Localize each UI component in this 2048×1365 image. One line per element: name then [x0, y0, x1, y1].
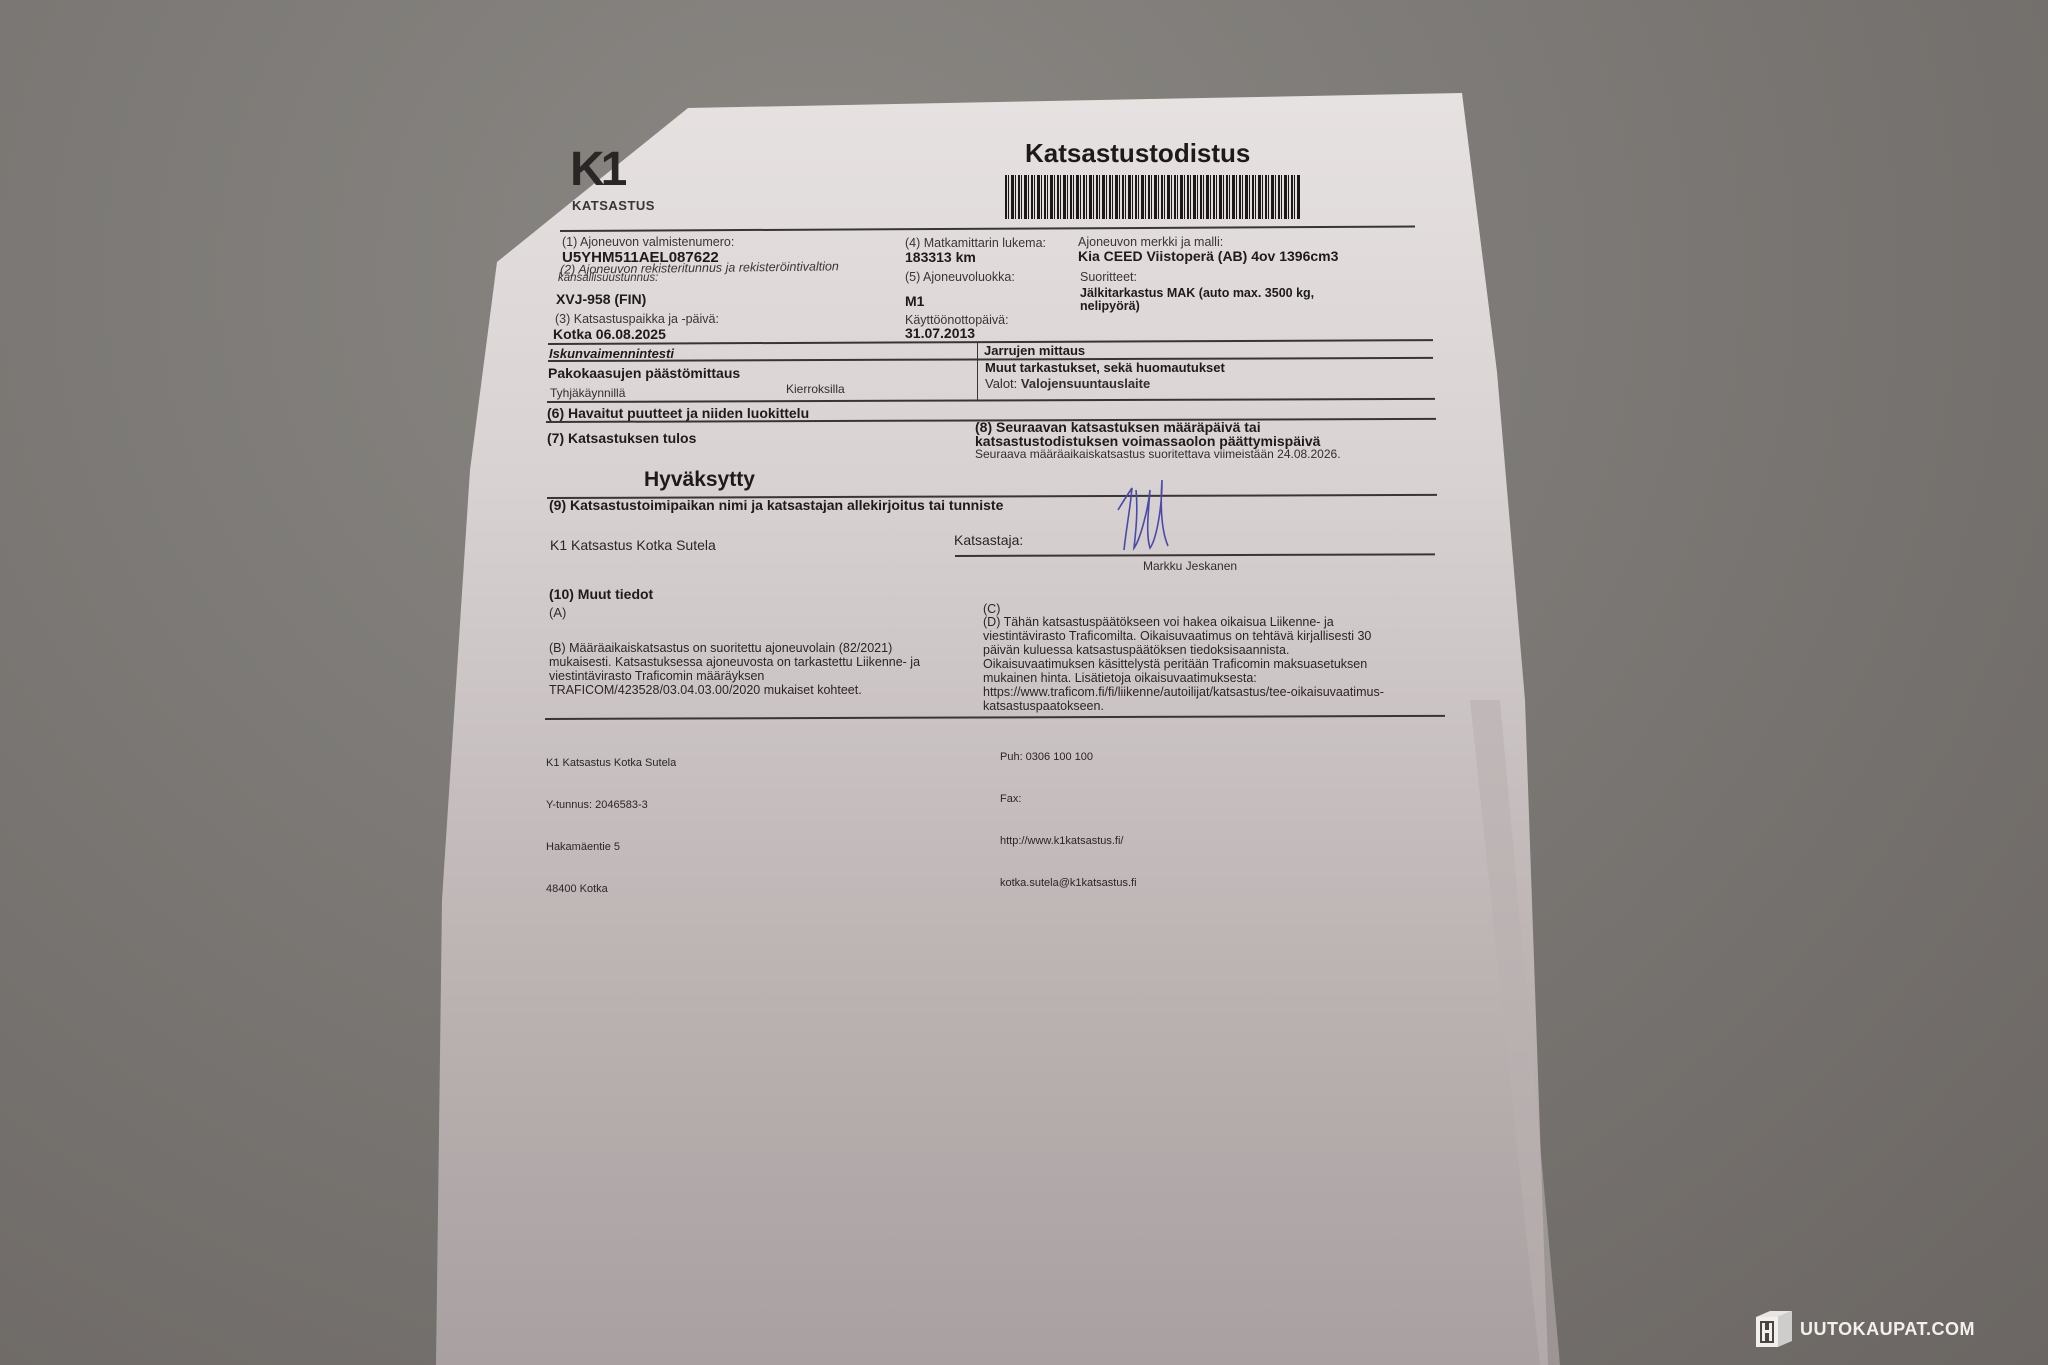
note-a: (A)	[549, 606, 566, 619]
other-checks-label: Muut tarkastukset, sekä huomautukset	[985, 361, 1225, 374]
first-use-value: 31.07.2013	[905, 326, 975, 340]
reg-label-2: kansallisuustunnus:	[558, 273, 658, 285]
section-8-label: (8) Seuraavan katsastuksen määräpäivä ta…	[975, 420, 1261, 434]
place-date-label: (3) Katsastuspaikka ja -päivä:	[555, 313, 719, 326]
note-b: (B) Määräaikaiskatsastus on suoritettu a…	[549, 641, 920, 697]
footer-business-id: Y-tunnus: 2046583-3	[546, 798, 676, 812]
brake-test-label: Jarrujen mittaus	[984, 344, 1085, 357]
signature	[1110, 470, 1220, 560]
performed-value: Jälkitarkastus MAK (auto max. 3500 kg,	[1080, 287, 1314, 300]
note-c: (C)	[983, 602, 1000, 616]
next-inspection-note: Seuraava määräaikaiskatsastus suoritetta…	[975, 448, 1341, 460]
class-value: M1	[905, 294, 924, 308]
section-8-label-2: katsastustodistuksen voimassaolon päätty…	[975, 434, 1320, 448]
make-model-value: Kia CEED Viistoperä (AB) 4ov 1396cm3	[1078, 249, 1338, 263]
lights-value: Valojensuuntauslaite	[1021, 376, 1150, 391]
footer-company: K1 Katsastus Kotka Sutela	[546, 756, 676, 770]
footer-phone: Puh: 0306 100 100	[1000, 750, 1137, 764]
footer-website[interactable]: http://www.k1katsastus.fi/	[1000, 834, 1137, 848]
lights-row: Valot: Valojensuuntauslaite	[985, 377, 1150, 390]
footer-street: Hakamäentie 5	[546, 840, 676, 854]
cube-h-icon	[1752, 1307, 1796, 1351]
class-label: (5) Ajoneuvoluokka:	[905, 271, 1015, 284]
station-name: K1 Katsastus Kotka Sutela	[550, 538, 716, 552]
k1-logo: K1	[570, 150, 650, 190]
section-6-label: (6) Havaitut puutteet ja niiden luokitte…	[547, 406, 809, 420]
note-d: (D) Tähän katsastuspäätökseen voi hakea …	[983, 615, 1384, 713]
watermark: UUTOKAUPAT.COM	[1752, 1307, 1975, 1351]
section-9-label: (9) Katsastustoimipaikan nimi ja katsast…	[549, 498, 1003, 512]
section-10-label: (10) Muut tiedot	[549, 587, 653, 601]
idle-label: Tyhjäkäynnillä	[550, 387, 625, 399]
k1-logo-text: KATSASTUS	[572, 198, 655, 213]
vin-label: (1) Ajoneuvon valmistenumero:	[562, 236, 734, 249]
shock-test-label: Iskunvaimennintesti	[549, 347, 674, 360]
inspector-name: Markku Jeskanen	[1143, 560, 1237, 572]
footer-city: 48400 Kotka	[546, 882, 676, 896]
footer-left: K1 Katsastus Kotka Sutela Y-tunnus: 2046…	[546, 728, 676, 910]
revs-label: Kierroksilla	[786, 383, 845, 395]
reg-value: XVJ-958 (FIN)	[556, 292, 646, 306]
place-date-value: Kotka 06.08.2025	[553, 327, 666, 341]
odometer-value: 183313 km	[905, 250, 976, 264]
inspector-label: Katsastaja:	[954, 533, 1023, 547]
performed-value-2: nelipyörä)	[1080, 300, 1140, 313]
watermark-text: UUTOKAUPAT.COM	[1800, 1319, 1975, 1340]
emissions-label: Pakokaasujen päästömittaus	[548, 366, 740, 380]
performed-label: Suoritteet:	[1080, 271, 1137, 284]
lights-label: Valot:	[985, 376, 1017, 391]
divider	[977, 343, 978, 401]
odometer-label: (4) Matkamittarin lukema:	[905, 237, 1046, 250]
make-model-label: Ajoneuvon merkki ja malli:	[1078, 236, 1223, 249]
inspection-result: Hyväksytty	[644, 469, 755, 490]
barcode	[1005, 175, 1301, 219]
section-7-label: (7) Katsastuksen tulos	[547, 431, 696, 445]
footer-email[interactable]: kotka.sutela@k1katsastus.fi	[1000, 876, 1137, 890]
document-title: Katsastustodistus	[1025, 140, 1250, 166]
footer-fax: Fax:	[1000, 792, 1137, 806]
footer-right: Puh: 0306 100 100 Fax: http://www.k1kats…	[1000, 722, 1137, 904]
